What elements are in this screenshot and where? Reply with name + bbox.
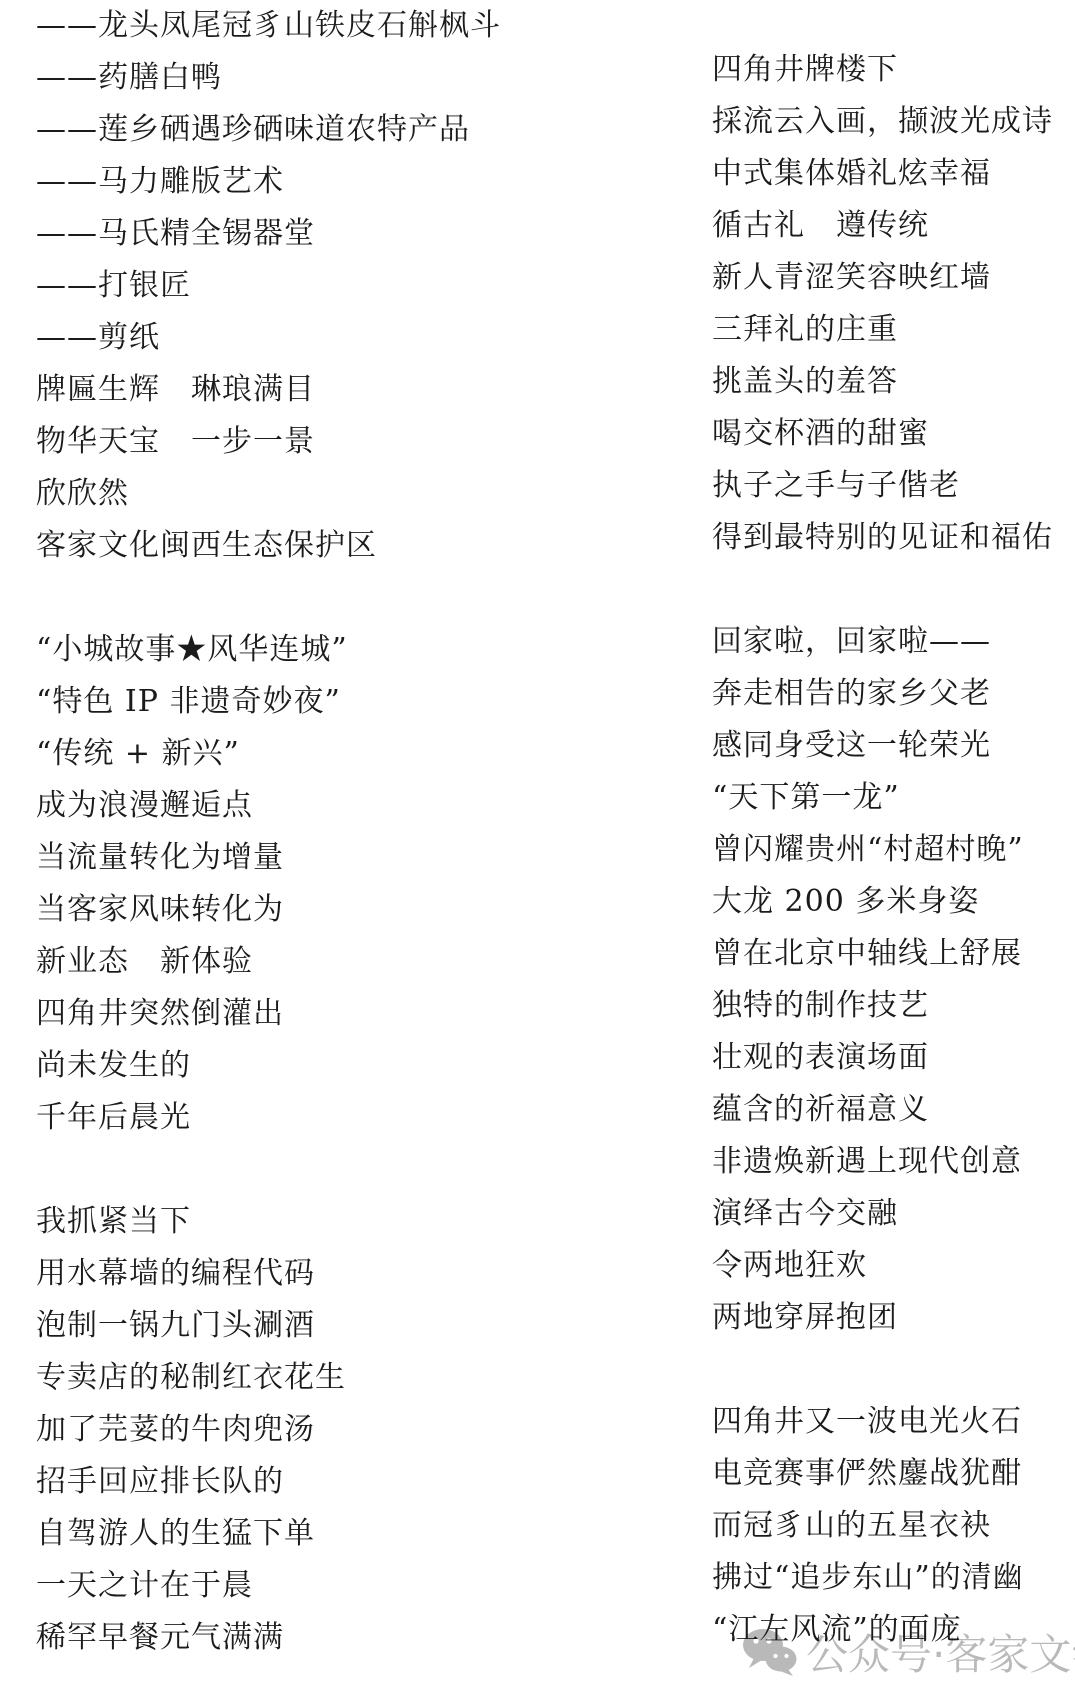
poem-line: 壮观的表演场面 bbox=[712, 1032, 1053, 1084]
poem-line: 循古礼 遵传统 bbox=[712, 200, 1053, 252]
poem-line: 曾在北京中轴线上舒展 bbox=[712, 928, 1053, 980]
poem-line: 而冠豸山的五星衣袂 bbox=[712, 1500, 1053, 1552]
poem-line: 三拜礼的庄重 bbox=[712, 304, 1053, 356]
poem-line: “传统 + 新兴” bbox=[36, 728, 501, 780]
poem-line: 客家文化闽西生态保护区 bbox=[36, 520, 501, 572]
poem-line: 新人青涩笑容映红墙 bbox=[712, 252, 1053, 304]
poem-column-left: ——龙头凤尾冠豸山铁皮石斛枫斗——药膳白鸭——莲乡硒遇珍硒味道农特产品——马力雕… bbox=[36, 0, 501, 1664]
poem-line: 非遗焕新遇上现代创意 bbox=[712, 1136, 1053, 1188]
poem-line: “天下第一龙” bbox=[712, 772, 1053, 824]
poem-line: “小城故事★风华连城” bbox=[36, 624, 501, 676]
poem-line: 中式集体婚礼炫幸福 bbox=[712, 148, 1053, 200]
poem-line: “江左风流”的面庞 bbox=[712, 1604, 1053, 1656]
poem-line: 一天之计在于晨 bbox=[36, 1560, 501, 1612]
poem-line: 用水幕墙的编程代码 bbox=[36, 1248, 501, 1300]
poem-line: 物华天宝 一步一景 bbox=[36, 416, 501, 468]
poem-line: 得到最特别的见证和福佑 bbox=[712, 512, 1053, 564]
poem-line: 令两地狂欢 bbox=[712, 1240, 1053, 1292]
poem-line: 稀罕早餐元气满满 bbox=[36, 1612, 501, 1664]
poem-line: 泡制一锅九门头涮酒 bbox=[36, 1300, 501, 1352]
poem-line: 蕴含的祈福意义 bbox=[712, 1084, 1053, 1136]
poem-line: 独特的制作技艺 bbox=[712, 980, 1053, 1032]
poem-line: 成为浪漫邂逅点 bbox=[36, 780, 501, 832]
poem-line: 加了芫荽的牛肉兜汤 bbox=[36, 1404, 501, 1456]
poem-line: “特色 IP 非遗奇妙夜” bbox=[36, 676, 501, 728]
poem-line: 演绎古今交融 bbox=[712, 1188, 1053, 1240]
poem-line: ——莲乡硒遇珍硒味道农特产品 bbox=[36, 104, 501, 156]
poem-line: 尚未发生的 bbox=[36, 1040, 501, 1092]
poem-column-right: 四角井牌楼下採流云入画，撷波光成诗中式集体婚礼炫幸福循古礼 遵传统新人青涩笑容映… bbox=[712, 44, 1053, 1656]
poem-line: 奔走相告的家乡父老 bbox=[712, 668, 1053, 720]
stanza-gap bbox=[712, 1344, 1053, 1396]
poem-line: 感同身受这一轮荣光 bbox=[712, 720, 1053, 772]
poem-line: ——马氏精全锡器堂 bbox=[36, 208, 501, 260]
poem-line: 新业态 新体验 bbox=[36, 936, 501, 988]
stanza-gap bbox=[36, 572, 501, 624]
poem-line: 四角井突然倒灌出 bbox=[36, 988, 501, 1040]
poem-line: 当流量转化为增量 bbox=[36, 832, 501, 884]
poem-line: 挑盖头的羞答 bbox=[712, 356, 1053, 408]
stanza-gap bbox=[36, 1144, 501, 1196]
poem-line: 喝交杯酒的甜蜜 bbox=[712, 408, 1053, 460]
poem-line: 执子之手与子偕老 bbox=[712, 460, 1053, 512]
poem-line: 欣欣然 bbox=[36, 468, 501, 520]
poem-line: 当客家风味转化为 bbox=[36, 884, 501, 936]
poem-line: 千年后晨光 bbox=[36, 1092, 501, 1144]
poem-line: 电竞赛事俨然鏖战犹酣 bbox=[712, 1448, 1053, 1500]
poem-line: ——打银匠 bbox=[36, 260, 501, 312]
poem-line: 曾闪耀贵州“村超村晚” bbox=[712, 824, 1053, 876]
poem-line: ——剪纸 bbox=[36, 312, 501, 364]
poem-line: 自驾游人的生猛下单 bbox=[36, 1508, 501, 1560]
poem-line: 我抓紧当下 bbox=[36, 1196, 501, 1248]
poem-line: 四角井牌楼下 bbox=[712, 44, 1053, 96]
poem-line: ——龙头凤尾冠豸山铁皮石斛枫斗 bbox=[36, 0, 501, 52]
poem-line: 拂过“追步东山”的清幽 bbox=[712, 1552, 1053, 1604]
poem-line: 採流云入画，撷波光成诗 bbox=[712, 96, 1053, 148]
poem-line: 回家啦，回家啦—— bbox=[712, 616, 1053, 668]
poem-line: 招手回应排长队的 bbox=[36, 1456, 501, 1508]
poem-line: 专卖店的秘制红衣花生 bbox=[36, 1352, 501, 1404]
poem-line: 四角井又一波电光火石 bbox=[712, 1396, 1053, 1448]
stanza-gap bbox=[712, 564, 1053, 616]
poem-line: 大龙 200 多米身姿 bbox=[712, 876, 1053, 928]
poem-line: ——马力雕版艺术 bbox=[36, 156, 501, 208]
poem-line: 牌匾生辉 琳琅满目 bbox=[36, 364, 501, 416]
poem-line: 两地穿屏抱团 bbox=[712, 1292, 1053, 1344]
poem-line: ——药膳白鸭 bbox=[36, 52, 501, 104]
